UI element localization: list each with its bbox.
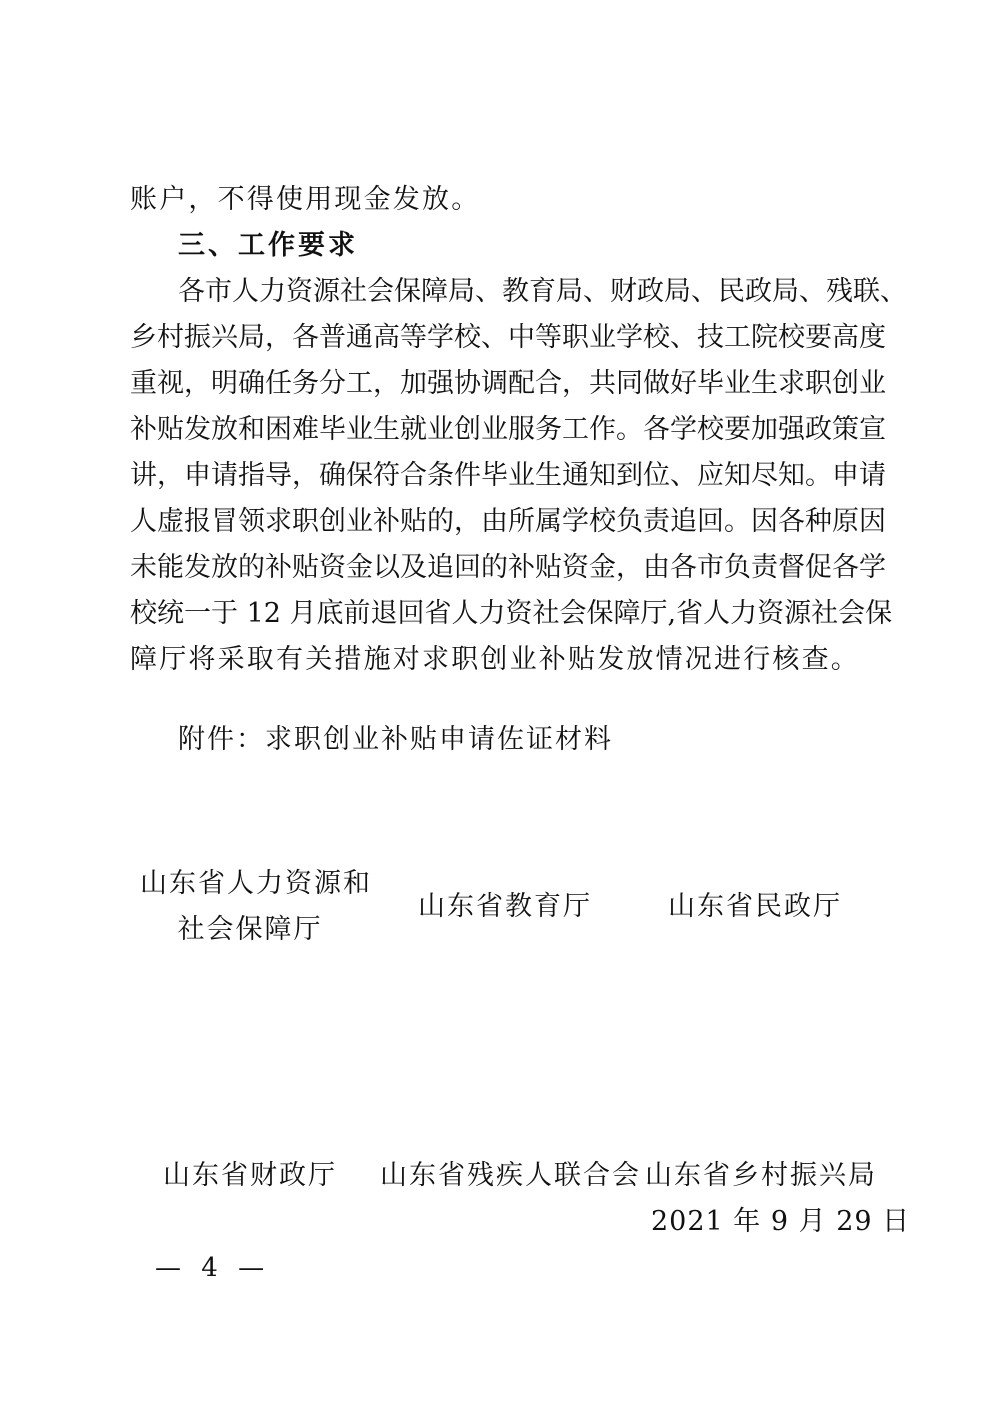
document-page: 账户，不得使用现金发放。 三、工作要求 各市人力资源社会保障局、教育局、财政局、… <box>0 0 999 1414</box>
paragraph-line-3: 重视，明确任务分工，加强协调配合，共同做好毕业生求职创业 <box>130 366 862 402</box>
paragraph-line-4: 补贴发放和困难毕业生就业创业服务工作。各学校要加强政策宣 <box>130 412 862 448</box>
paragraph-line-9: 障厅将采取有关措施对求职创业补贴发放情况进行核查。 <box>130 642 862 678</box>
page-number: — 4 — <box>155 1250 270 1286</box>
paragraph-line-7: 未能发放的补贴资金以及追回的补贴资金，由各市负责督促各学 <box>130 550 862 586</box>
signatory-hrss-line1: 山东省人力资源和 <box>140 866 360 902</box>
signatory-civil-affairs: 山东省民政厅 <box>660 889 850 925</box>
section-heading: 三、工作要求 <box>178 228 910 264</box>
signatory-finance: 山东省财政厅 <box>160 1158 340 1194</box>
paragraph-line-6: 人虚报冒领求职创业补贴的，由所属学校负责追回。因各种原因 <box>130 504 862 540</box>
signatory-disabled-federation: 山东省残疾人联合会 <box>380 1158 625 1194</box>
paragraph-line-1: 各市人力资源社会保障局、教育局、财政局、民政局、残联、 <box>178 274 862 310</box>
continuation-line: 账户，不得使用现金发放。 <box>130 182 862 218</box>
paragraph-line-5: 讲，申请指导，确保符合条件毕业生通知到位、应知尽知。申请 <box>130 458 862 494</box>
signatory-rural-revitalization: 山东省乡村振兴局 <box>645 1158 867 1194</box>
signatory-education: 山东省教育厅 <box>410 889 600 925</box>
paragraph-line-2: 乡村振兴局，各普通高等学校、中等职业学校、技工院校要高度 <box>130 320 862 356</box>
issue-date: 2021 年 9 月 29 日 <box>651 1204 910 1240</box>
signatory-hrss-line2: 社会保障厅 <box>140 912 360 948</box>
paragraph-line-8: 校统一于 12 月底前退回省人力资社会保障厅,省人力资源社会保 <box>130 596 862 632</box>
attachment-note: 附件：求职创业补贴申请佐证材料 <box>178 722 910 758</box>
